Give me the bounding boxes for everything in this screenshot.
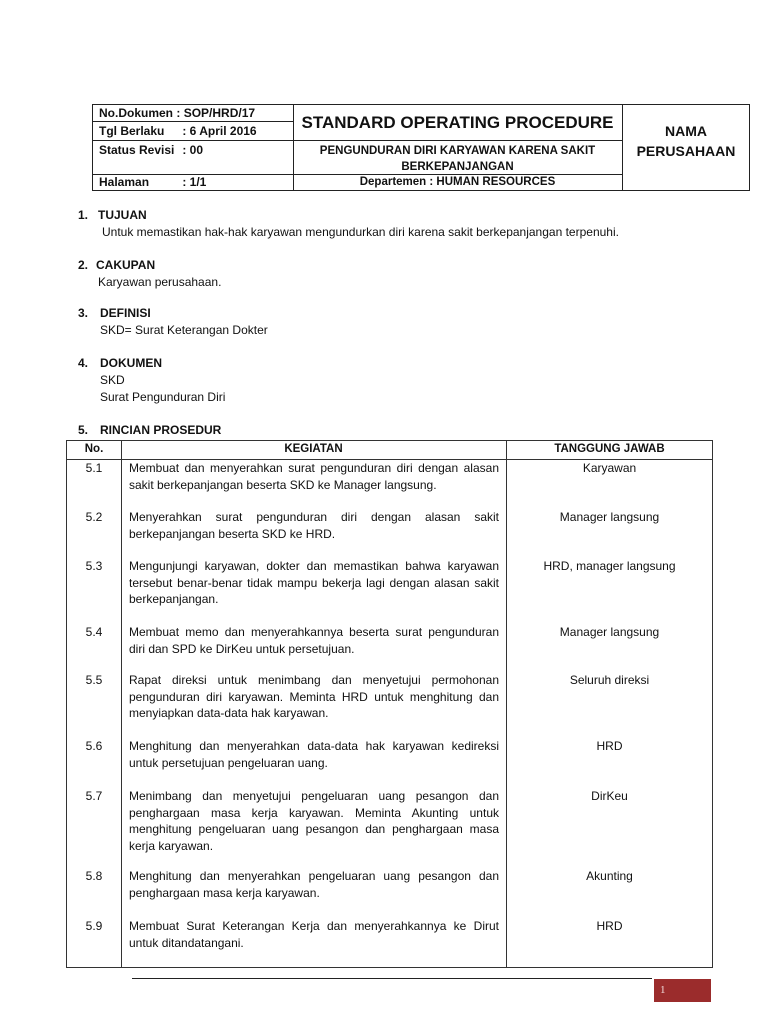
section-number: 2.	[78, 258, 88, 272]
step-number: 5.3	[67, 558, 121, 575]
revision-status-value: : 00	[182, 141, 203, 159]
company-name-line-1: NAMA	[622, 121, 750, 141]
step-number: 5.7	[67, 788, 121, 805]
divider	[121, 441, 122, 967]
doc-number-field: No.Dokumen : SOP/HRD/17	[93, 105, 293, 122]
section-title: TUJUAN	[98, 208, 147, 222]
effective-date-label: Tgl Berlaku	[99, 122, 179, 140]
step-number: 5.6	[67, 738, 121, 755]
step-responsible: HRD	[506, 738, 713, 755]
section-number: 5.	[78, 423, 88, 437]
step-activity: Mengunjungi karyawan, dokter dan memasti…	[129, 558, 499, 608]
step-responsible: HRD	[506, 918, 713, 935]
section-body: Untuk memastikan hak-hak karyawan mengun…	[102, 225, 619, 239]
effective-date-value: : 6 April 2016	[182, 122, 256, 140]
step-responsible: HRD, manager langsung	[506, 558, 713, 575]
section-title: DOKUMEN	[100, 356, 162, 370]
column-header-tanggung-jawab: TANGGUNG JAWAB	[506, 441, 713, 458]
document-title: STANDARD OPERATING PROCEDURE	[293, 105, 622, 141]
effective-date-field: Tgl Berlaku : 6 April 2016	[93, 122, 293, 141]
step-number: 5.2	[67, 509, 121, 526]
section-number: 4.	[78, 356, 88, 370]
document-subtitle: PENGUNDURAN DIRI KARYAWAN KARENA SAKIT B…	[293, 141, 622, 175]
step-responsible: Akunting	[506, 868, 713, 885]
doc-number-value: : SOP/HRD/17	[176, 105, 255, 121]
step-number: 5.5	[67, 672, 121, 689]
section-body-line: Surat Pengunduran Diri	[100, 390, 225, 404]
step-responsible: Manager langsung	[506, 624, 713, 641]
table-header: No. KEGIATAN TANGGUNG JAWAB	[67, 441, 712, 460]
step-activity: Menghitung dan menyerahkan data-data hak…	[129, 738, 499, 771]
section-body: Karyawan perusahaan.	[98, 275, 221, 289]
page-value: : 1/1	[182, 175, 206, 190]
page-label: Halaman	[99, 175, 179, 190]
step-responsible: Karyawan	[506, 460, 713, 477]
page-field: Halaman : 1/1	[93, 175, 293, 191]
step-number: 5.4	[67, 624, 121, 641]
revision-status-label: Status Revisi	[99, 141, 179, 159]
company-name-line-2: PERUSAHAAN	[622, 141, 750, 161]
step-activity: Membuat dan menyerahkan surat pengundura…	[129, 460, 499, 493]
column-header-kegiatan: KEGIATAN	[121, 441, 506, 458]
step-activity: Menyerahkan surat pengunduran diri denga…	[129, 509, 499, 542]
step-activity: Menimbang dan menyetujui pengeluaran uan…	[129, 788, 499, 854]
footer-divider	[132, 978, 652, 979]
step-activity: Membuat Surat Keterangan Kerja dan menye…	[129, 918, 499, 951]
step-responsible: Seluruh direksi	[506, 672, 713, 689]
column-header-no: No.	[67, 441, 121, 458]
step-responsible: DirKeu	[506, 788, 713, 805]
step-activity: Membuat memo dan menyerahkannya beserta …	[129, 624, 499, 657]
section-body-line: SKD	[100, 373, 125, 387]
procedure-table: No. KEGIATAN TANGGUNG JAWAB 5.1 Membuat …	[66, 440, 713, 968]
page-number-badge: 1	[654, 979, 711, 1002]
doc-number-label: No.Dokumen	[99, 105, 173, 121]
step-number: 5.1	[67, 460, 121, 477]
revision-status-field: Status Revisi : 00	[93, 141, 293, 175]
section-title: DEFINISI	[100, 306, 151, 320]
step-number: 5.8	[67, 868, 121, 885]
section-title: CAKUPAN	[96, 258, 155, 272]
step-number: 5.9	[67, 918, 121, 935]
section-number: 1.	[78, 208, 88, 222]
subtitle-line-2: BERKEPANJANGAN	[293, 159, 622, 175]
step-activity: Menghitung dan menyerahkan pengeluaran u…	[129, 868, 499, 901]
step-responsible: Manager langsung	[506, 509, 713, 526]
subtitle-line-1: PENGUNDURAN DIRI KARYAWAN KARENA SAKIT	[293, 143, 622, 159]
section-body: SKD= Surat Keterangan Dokter	[100, 323, 268, 337]
department: Departemen : HUMAN RESOURCES	[293, 175, 622, 191]
section-number: 3.	[78, 306, 88, 320]
section-title: RINCIAN PROSEDUR	[100, 423, 221, 437]
document-header-table: No.Dokumen : SOP/HRD/17 Tgl Berlaku : 6 …	[92, 104, 750, 191]
company-name: NAMA PERUSAHAAN	[622, 105, 750, 190]
step-activity: Rapat direksi untuk menimbang dan menyet…	[129, 672, 499, 722]
